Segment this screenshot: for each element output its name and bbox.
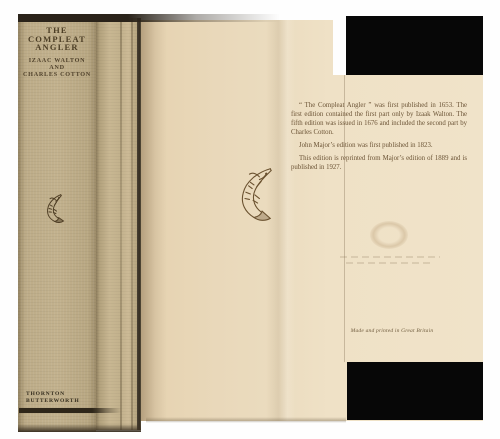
photo-backdrop-top-right [346,16,483,75]
cover-crease-line [131,18,133,430]
spine-author: IZAAC WALTON AND CHARLES COTTON [19,58,95,79]
spine-title-line: ANGLER [20,43,94,52]
publication-note-paragraph: This edition is reprinted from Major’s e… [291,154,467,172]
leaping-fish-icon [228,166,280,222]
photo-margin-strip [333,14,346,75]
spine-publisher-line: THORNTON [26,391,90,398]
spine-publisher-line: BUTTERWORTH [26,398,90,405]
gutter-shadow [141,20,167,421]
book-photograph: THE COMPLEAT ANGLER IZAAC WALTON AND CHA… [0,0,500,439]
book-top-edge [18,14,280,22]
spine-author-line: CHARLES COTTON [19,72,95,79]
cover-board [96,18,141,430]
publication-note-paragraph: “ The Compleat Angler ” was first publis… [291,101,467,137]
book-bottom-edge [18,424,141,432]
leaping-fish-icon [38,190,69,229]
page-stain [370,221,408,249]
spine-rule-band [19,408,121,413]
cover-crease-line [120,18,122,430]
spine-title: THE COMPLEAT ANGLER [20,26,94,52]
show-through-text [340,256,440,258]
cover-fore-edge [137,18,141,430]
colophon: Made and printed in Great Britain [337,328,447,334]
photo-backdrop-bottom-right [347,362,483,420]
publication-note-paragraph: John Major’s edition was first published… [291,141,467,150]
spine-publisher: THORNTON BUTTERWORTH [26,391,90,405]
show-through-text [346,262,434,264]
pages-bottom-shadow [146,417,346,423]
open-pages [141,20,483,421]
publication-note: “ The Compleat Angler ” was first publis… [291,101,467,176]
